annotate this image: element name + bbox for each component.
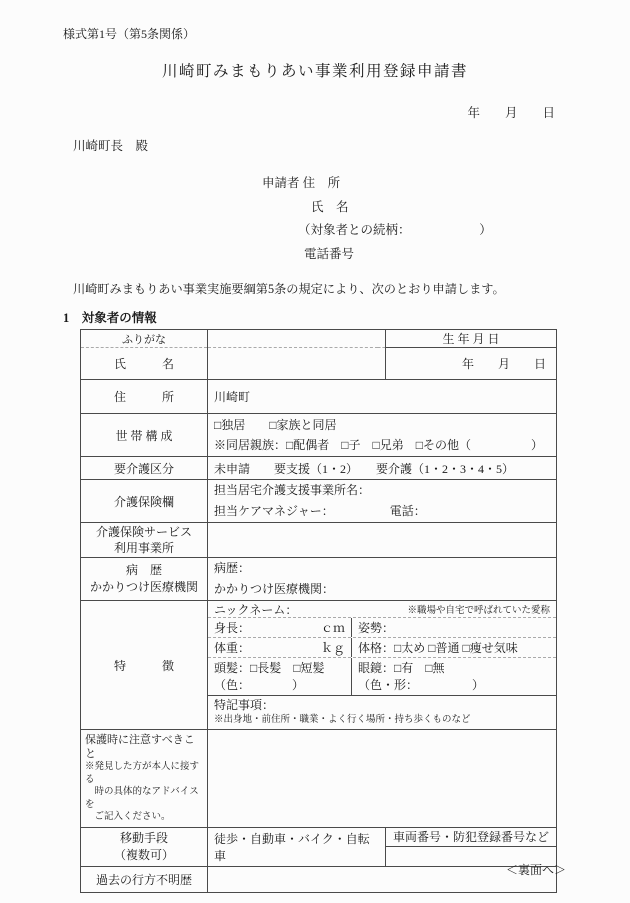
service-office-label: 介護保険サービス 利用事業所 bbox=[81, 523, 208, 558]
protection-label: 保護時に注意すべきこと bbox=[85, 733, 203, 761]
applicant-relation-line: （対象者との続柄： ） bbox=[298, 219, 492, 243]
transport-value-cell: 徒歩・自動車・バイク・自転車 bbox=[208, 827, 386, 866]
section1-heading: 1 対象者の情報 bbox=[63, 308, 157, 326]
row-missing-history: 過去の行方不明歴 bbox=[81, 866, 557, 892]
address-label: 住 所 bbox=[81, 380, 208, 414]
row-name: 氏 名 年 月 日 bbox=[81, 348, 557, 380]
addressee: 川崎町長 殿 bbox=[73, 136, 148, 154]
care-insurance-value-cell: 担当居宅介護支援事業所名： 担当ケアマネジャー：電話： bbox=[208, 480, 557, 523]
name-label: 氏 名 bbox=[81, 348, 208, 380]
protection-value-cell bbox=[208, 730, 557, 828]
row-address: 住 所 川崎町 bbox=[81, 380, 557, 414]
weight-cell: 体重： ｋｇ bbox=[208, 638, 351, 657]
declaration-text: 川崎町みまもりあい事業実施要綱第5条の規定により、次のとおり申請します。 bbox=[73, 280, 505, 297]
protection-note: ※発見した方が本人に接する 時の具体的なアドバイスを ご記入ください。 bbox=[85, 761, 203, 824]
row-household: 世 帯 構 成 □独居 □家族と同居 ※同居親族：□配偶者 □子 □兄弟 □その… bbox=[81, 414, 557, 457]
height-posture-row: 身長： ｃｍ 姿勢： bbox=[208, 618, 556, 638]
features-cell: ニックネーム： ※職場や自宅で呼ばれていた愛称 身長： ｃｍ 姿勢： 体重： ｋ… bbox=[208, 601, 557, 730]
care-insurance-line1: 担当居宅介護支援事業所名： bbox=[214, 480, 550, 501]
hair-cell: 頭髪：□長髪 □短髪 （色： ） bbox=[208, 658, 351, 695]
page-title: 川崎町みまもりあい事業利用登録申請書 bbox=[0, 59, 630, 81]
missing-history-value-cell bbox=[208, 866, 557, 892]
nickname-note: ※職場や自宅で呼ばれていた愛称 bbox=[407, 602, 550, 616]
applicant-block: 申請者 住 所 氏 名 （対象者との続柄： ） 電話番号 bbox=[262, 172, 492, 266]
household-label: 世 帯 構 成 bbox=[81, 414, 208, 457]
furigana-label: ふりがな bbox=[81, 330, 208, 348]
nickname-label: ニックネーム： bbox=[214, 601, 297, 618]
row-furigana: ふりがな 生 年 月 日 bbox=[81, 330, 557, 348]
form-number: 様式第1号（第5条関係） bbox=[63, 25, 195, 42]
back-page-note: ＜裏面へ＞ bbox=[506, 861, 566, 878]
row-transport: 移動手段 （複数可） 徒歩・自動車・バイク・自転車 車両番号・防犯登録番号など bbox=[81, 827, 557, 866]
household-value-cell: □独居 □家族と同居 ※同居親族：□配偶者 □子 □兄弟 □その他（ ） bbox=[208, 414, 557, 457]
glasses-label: 眼鏡：□有 □無 bbox=[358, 660, 445, 677]
special-notes-hint: ※出身地・前住所・職業・よく行く場所・持ち歩くものなど bbox=[214, 713, 471, 728]
row-medical: 病 歴 かかりつけ医療機関 病歴： かかりつけ医療機関： bbox=[81, 558, 557, 601]
row-protection: 保護時に注意すべきこと ※発見した方が本人に接する 時の具体的なアドバイスを ご… bbox=[81, 730, 557, 828]
applicant-address-line: 申請者 住 所 bbox=[262, 172, 492, 196]
name-value-cell bbox=[208, 348, 386, 380]
address-value-cell: 川崎町 bbox=[208, 380, 557, 414]
weight-unit: ｋｇ bbox=[321, 639, 345, 656]
glasses-color: （色・形： ） bbox=[358, 677, 484, 694]
row-features: 特 徴 ニックネーム： ※職場や自宅で呼ばれていた愛称 身長： ｃｍ 姿勢： 体… bbox=[81, 601, 557, 730]
features-label: 特 徴 bbox=[81, 601, 208, 730]
care-level-label: 要介護区分 bbox=[81, 457, 208, 480]
medical-label-line1: 病 歴 bbox=[83, 562, 205, 579]
care-insurance-label: 介護保険欄 bbox=[81, 480, 208, 523]
hair-label: 頭髪：□長髪 □短髪 bbox=[214, 660, 325, 677]
care-level-value-cell: 未申請 要支援（1・2） 要介護（1・2・3・4・5） bbox=[208, 457, 557, 480]
protection-label-cell: 保護時に注意すべきこと ※発見した方が本人に接する 時の具体的なアドバイスを ご… bbox=[81, 730, 208, 828]
applicant-name-line: 氏 名 bbox=[311, 196, 492, 220]
care-manager-label: 担当ケアマネジャー： bbox=[214, 504, 334, 518]
medical-label: 病 歴 かかりつけ医療機関 bbox=[81, 558, 208, 601]
medical-value-cell: 病歴： かかりつけ医療機関： bbox=[208, 558, 557, 601]
row-care-level: 要介護区分 未申請 要支援（1・2） 要介護（1・2・3・4・5） bbox=[81, 457, 557, 480]
special-notes-label: 特記事項： bbox=[214, 698, 274, 713]
transport-label: 移動手段 （複数可） bbox=[81, 827, 208, 866]
service-office-label-line2: 利用事業所 bbox=[83, 540, 205, 556]
special-notes-row: 特記事項： ※出身地・前住所・職業・よく行く場所・持ち歩くものなど bbox=[208, 696, 556, 729]
transport-label-line2: （複数可） bbox=[83, 847, 205, 864]
date-line: 年 月 日 bbox=[467, 103, 555, 121]
posture-cell: 姿勢： bbox=[351, 618, 556, 637]
transport-label-line1: 移動手段 bbox=[83, 830, 205, 847]
nickname-row: ニックネーム： ※職場や自宅で呼ばれていた愛称 bbox=[208, 601, 556, 618]
medical-history-line: 病歴： bbox=[214, 558, 550, 579]
row-service-office: 介護保険サービス 利用事業所 bbox=[81, 523, 557, 558]
birthdate-value-cell: 年 月 日 bbox=[386, 348, 557, 380]
subject-info-table: ふりがな 生 年 月 日 氏 名 年 月 日 住 所 川崎町 世 帯 構 成 □… bbox=[80, 329, 557, 893]
furigana-value-cell bbox=[208, 330, 386, 348]
height-unit: ｃｍ bbox=[321, 619, 345, 636]
vehicle-header: 車両番号・防犯登録番号など bbox=[386, 828, 556, 847]
height-label: 身長： bbox=[214, 619, 250, 636]
service-office-label-line1: 介護保険サービス bbox=[83, 524, 205, 540]
medical-institution-line: かかりつけ医療機関： bbox=[214, 579, 550, 600]
care-insurance-line2: 担当ケアマネジャー：電話： bbox=[214, 501, 550, 522]
missing-history-label: 過去の行方不明歴 bbox=[81, 866, 208, 892]
weight-build-row: 体重： ｋｇ 体格：□太め □普通 □痩せ気味 bbox=[208, 638, 556, 658]
height-cell: 身長： ｃｍ bbox=[208, 618, 351, 637]
build-cell: 体格：□太め □普通 □痩せ気味 bbox=[351, 638, 556, 657]
service-office-value-cell bbox=[208, 523, 557, 558]
hair-glasses-row: 頭髪：□長髪 □短髪 （色： ） 眼鏡：□有 □無 （色・形： ） bbox=[208, 658, 556, 696]
hair-color: （色： ） bbox=[214, 677, 304, 694]
birthdate-header: 生 年 月 日 bbox=[386, 330, 557, 348]
medical-label-line2: かかりつけ医療機関 bbox=[83, 579, 205, 596]
household-line1: □独居 □家族と同居 bbox=[214, 415, 550, 435]
applicant-phone-line: 電話番号 bbox=[304, 243, 492, 267]
care-phone-label: 電話： bbox=[390, 504, 426, 518]
weight-label: 体重： bbox=[214, 639, 250, 656]
household-line2: ※同居親族：□配偶者 □子 □兄弟 □その他（ ） bbox=[214, 435, 550, 455]
row-care-insurance: 介護保険欄 担当居宅介護支援事業所名： 担当ケアマネジャー：電話： bbox=[81, 480, 557, 523]
glasses-cell: 眼鏡：□有 □無 （色・形： ） bbox=[351, 658, 556, 695]
